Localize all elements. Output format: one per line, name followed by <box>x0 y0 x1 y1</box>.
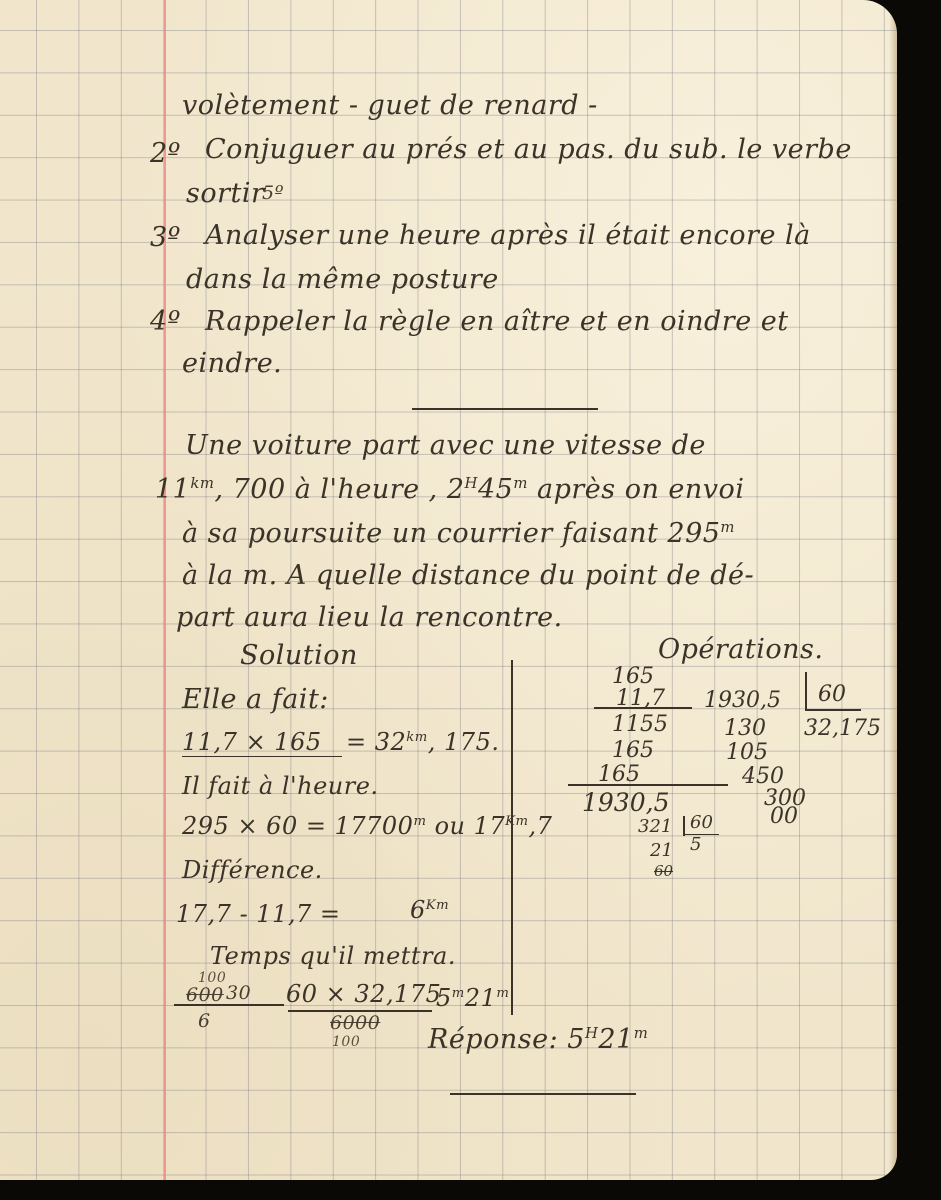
mult-bar <box>594 707 692 709</box>
exercise-2-line1: Conjuguer au prés et au pas. du sub. le … <box>205 134 852 165</box>
solution-line2-result: = 32km, 175. <box>346 728 499 756</box>
division-remainder-2: 105 <box>726 740 768 765</box>
exercise-4-number: 4º <box>150 306 181 337</box>
fraction1-bar <box>174 1004 284 1006</box>
problem-line4: à la m. A quelle distance du point de dé… <box>182 560 754 591</box>
exercise-3-line1: Analyser une heure après il était encore… <box>205 220 811 251</box>
solution-line6-subtraction: 17,7 - 11,7 = <box>176 900 340 928</box>
division-quotient: 32,175 <box>804 716 881 741</box>
end-separator <box>450 1093 636 1095</box>
fraction1-denominator: 6 <box>198 1010 211 1032</box>
fraction2-denominator: 100 <box>332 1034 360 1050</box>
solution-heading: Solution <box>240 640 358 671</box>
division-bracket-vertical <box>805 672 807 710</box>
solution-line4: 295 × 60 = 17700m ou 17Km,7 <box>182 812 552 840</box>
division2-dividend: 321 <box>638 816 672 837</box>
division-remainder-5: 00 <box>770 804 798 829</box>
exercise-2-mark: 5º <box>262 182 284 204</box>
problem-line3: à sa poursuite un courrier faisant 295m <box>182 518 735 549</box>
notebook-page: volètement - guet de renard - 2º Conjugu… <box>0 0 897 1180</box>
problem-line5: part aura lieu la rencontre. <box>176 602 563 633</box>
division2-quotient: 5 <box>690 834 701 855</box>
division-dividend: 1930,5 <box>704 688 781 713</box>
division2-remainder-1: 21 <box>650 840 673 861</box>
division-bracket-horizontal <box>805 709 861 711</box>
division-remainder-1: 130 <box>724 716 766 741</box>
division2-remainder-2: 60 <box>654 862 673 880</box>
fraction1-mid: 30 <box>226 982 251 1004</box>
mult-partial-2: 165 <box>612 738 654 763</box>
section-separator <box>412 408 598 410</box>
operations-heading: Opérations. <box>658 634 823 665</box>
division2-divisor: 60 <box>690 812 713 833</box>
problem-line1: Une voiture part avec une vitesse de <box>185 430 706 461</box>
fraction2-denominator-struck: 6000 <box>330 1012 380 1034</box>
exercise-3-number: 3º <box>150 222 181 253</box>
fraction2-numerator: 60 × 32,175 <box>286 980 441 1008</box>
division-divisor: 60 <box>818 682 846 707</box>
solution-line5: Différence. <box>182 856 323 884</box>
time-result: 5m21m <box>436 984 509 1012</box>
exercise-continuation: volètement - guet de renard - <box>182 90 598 121</box>
mult-result-bar <box>568 784 728 786</box>
exercise-4-line2: eindre. <box>182 348 282 379</box>
solution-line3: Il fait à l'heure. <box>182 772 379 800</box>
exercise-2-number: 2º <box>150 138 181 169</box>
mult-partial-1: 1155 <box>612 712 668 737</box>
solution-line6-result: 6Km <box>410 896 449 924</box>
red-margin-line <box>164 0 166 1180</box>
solution-line1: Elle a fait: <box>182 684 329 715</box>
division2-bracket-vertical <box>683 816 685 836</box>
exercise-4-line1: Rappeler la règle en aître et en oindre … <box>205 306 789 337</box>
solution-line7: Temps qu'il mettra. <box>210 942 456 970</box>
solution-line2-multiplication: 11,7 × 165 <box>182 728 342 757</box>
column-divider <box>511 660 513 1015</box>
fraction1-numerator: 600 <box>186 984 224 1006</box>
mult-result: 1930,5 <box>582 788 669 817</box>
problem-line2: 11km, 700 à l'heure , 2H45m après on env… <box>155 474 744 505</box>
exercise-2-line2: sortir <box>186 178 264 209</box>
answer: Réponse: 5H21m <box>428 1024 648 1055</box>
exercise-3-line2: dans la même posture <box>186 264 499 295</box>
